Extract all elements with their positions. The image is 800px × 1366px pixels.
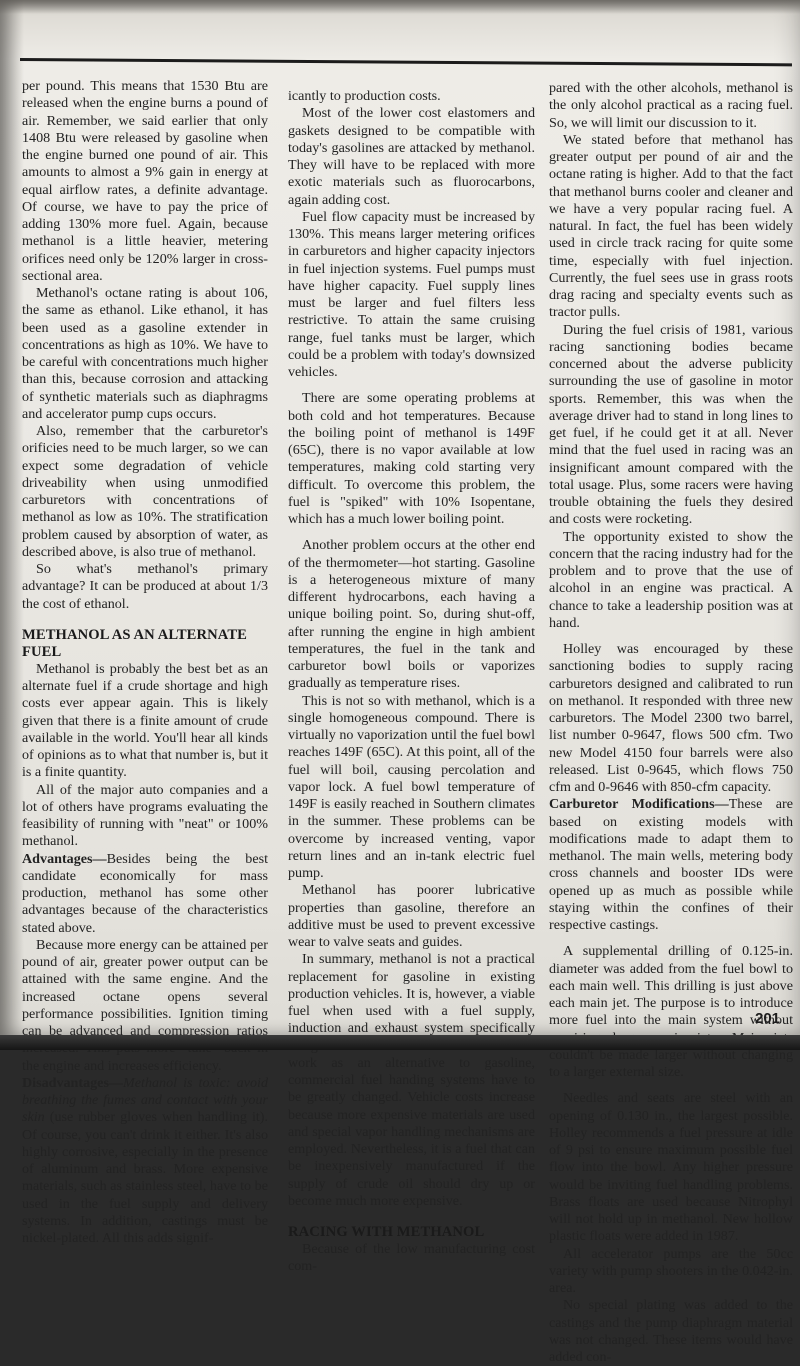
paragraph: Fuel flow capacity must be increased by … bbox=[288, 209, 535, 382]
text-column-1: per pound. This means that 1530 Btu are … bbox=[22, 78, 268, 1050]
runin-heading-advantages: Advantages— bbox=[22, 851, 107, 867]
page-gutter-shadow bbox=[0, 0, 24, 1035]
paragraph: Because more energy can be attained per … bbox=[22, 937, 268, 1050]
paragraph: Methanol's octane rating is about 106, t… bbox=[22, 285, 268, 423]
section-heading-alternate-fuel: METHANOL AS AN ALTERNATE FUEL bbox=[22, 627, 268, 661]
paragraph: This is not so with methanol, which is a… bbox=[288, 693, 535, 883]
runin-heading-carburetor-modifications: Carburetor Modifications— bbox=[549, 796, 729, 812]
paragraph: pared with the other alcohols, methanol … bbox=[549, 80, 793, 132]
paragraph: We stated before that methanol has great… bbox=[549, 132, 793, 322]
paragraph-advantages: Advantages—Besides being the best candid… bbox=[22, 851, 268, 937]
paragraph: Most of the lower cost elastomers and ga… bbox=[288, 105, 535, 209]
header-rule bbox=[20, 58, 792, 66]
text-column-2: icantly to production costs. Most of the… bbox=[288, 88, 535, 1050]
paragraph: icantly to production costs. bbox=[288, 88, 535, 105]
paragraph: Another problem occurs at the other end … bbox=[288, 537, 535, 692]
paragraph: Holley was encouraged by these sanctioni… bbox=[549, 641, 793, 796]
paragraph: per pound. This means that 1530 Btu are … bbox=[22, 78, 268, 285]
paragraph: So what's methanol's primary advantage? … bbox=[22, 561, 268, 613]
scan-bottom-edge bbox=[0, 1035, 800, 1050]
page-number: 201 bbox=[755, 1010, 780, 1027]
paragraph: There are some operating problems at bot… bbox=[288, 390, 535, 528]
paragraph: Methanol has poorer lubricative properti… bbox=[288, 882, 535, 951]
paragraph: The opportunity existed to show the conc… bbox=[549, 529, 793, 633]
paragraph: During the fuel crisis of 1981, various … bbox=[549, 322, 793, 529]
book-page: per pound. This means that 1530 Btu are … bbox=[0, 0, 800, 1035]
paragraph: All of the major auto companies and a lo… bbox=[22, 782, 268, 851]
page-top-shadow bbox=[0, 0, 800, 14]
text-column-3: pared with the other alcohols, methanol … bbox=[549, 80, 793, 1050]
paragraph-carburetor-modifications: Carburetor Modifications—These are based… bbox=[549, 796, 793, 934]
paragraph: Methanol is probably the best bet as an … bbox=[22, 661, 268, 782]
paragraph: A supplemental drilling of 0.125-in. dia… bbox=[549, 943, 793, 1050]
paragraph-text: These are based on existing models with … bbox=[549, 796, 793, 933]
paragraph: Also, remember that the carburetor's ori… bbox=[22, 423, 268, 561]
